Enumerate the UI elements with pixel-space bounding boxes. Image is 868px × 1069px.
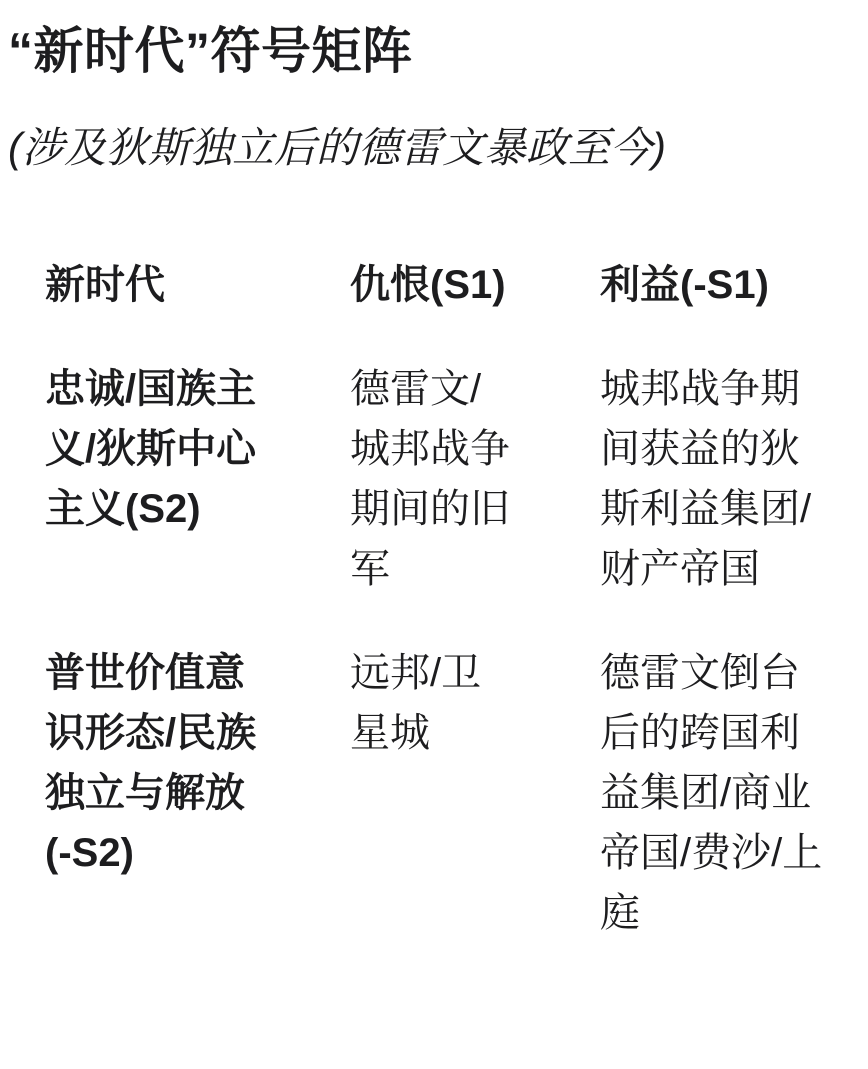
table-cell-neg-s2-interest: 德雷文倒台 后的跨国利 益集团/商业 帝国/费沙/上 庭 — [600, 643, 868, 943]
header-cell-hatred-s1: 仇恨(S1) — [350, 255, 600, 315]
table-cell-s2-interest: 城邦战争期 间获益的狄 斯利益集团/ 财产帝国 — [600, 359, 868, 599]
table-cell-neg-s2-hatred: 远邦/卫 星城 — [350, 643, 600, 763]
header-cell-new-era: 新时代 — [45, 255, 350, 315]
header-cell-interest-neg-s1: 利益(-S1) — [600, 255, 868, 315]
row-label-cell-neg-s2: 普世价值意 识形态/民族 独立与解放 (-S2) — [45, 643, 350, 883]
row-label-cell-s2: 忠诚/国族主 义/狄斯中心 主义(S2) — [45, 359, 350, 539]
page-title: “新时代”符号矩阵 — [8, 14, 860, 88]
note-page: “新时代”符号矩阵 (涉及狄斯独立后的德雷文暴政至今) 新时代 仇恨(S1) 利… — [0, 0, 868, 1069]
table-cell-s2-hatred: 德雷文/ 城邦战争 期间的旧 军 — [350, 359, 600, 599]
page-subtitle: (涉及狄斯独立后的德雷文暴政至今) — [8, 120, 860, 176]
symbol-matrix-table: 新时代 仇恨(S1) 利益(-S1) 忠诚/国族主 义/狄斯中心 主义(S2) … — [45, 255, 860, 943]
